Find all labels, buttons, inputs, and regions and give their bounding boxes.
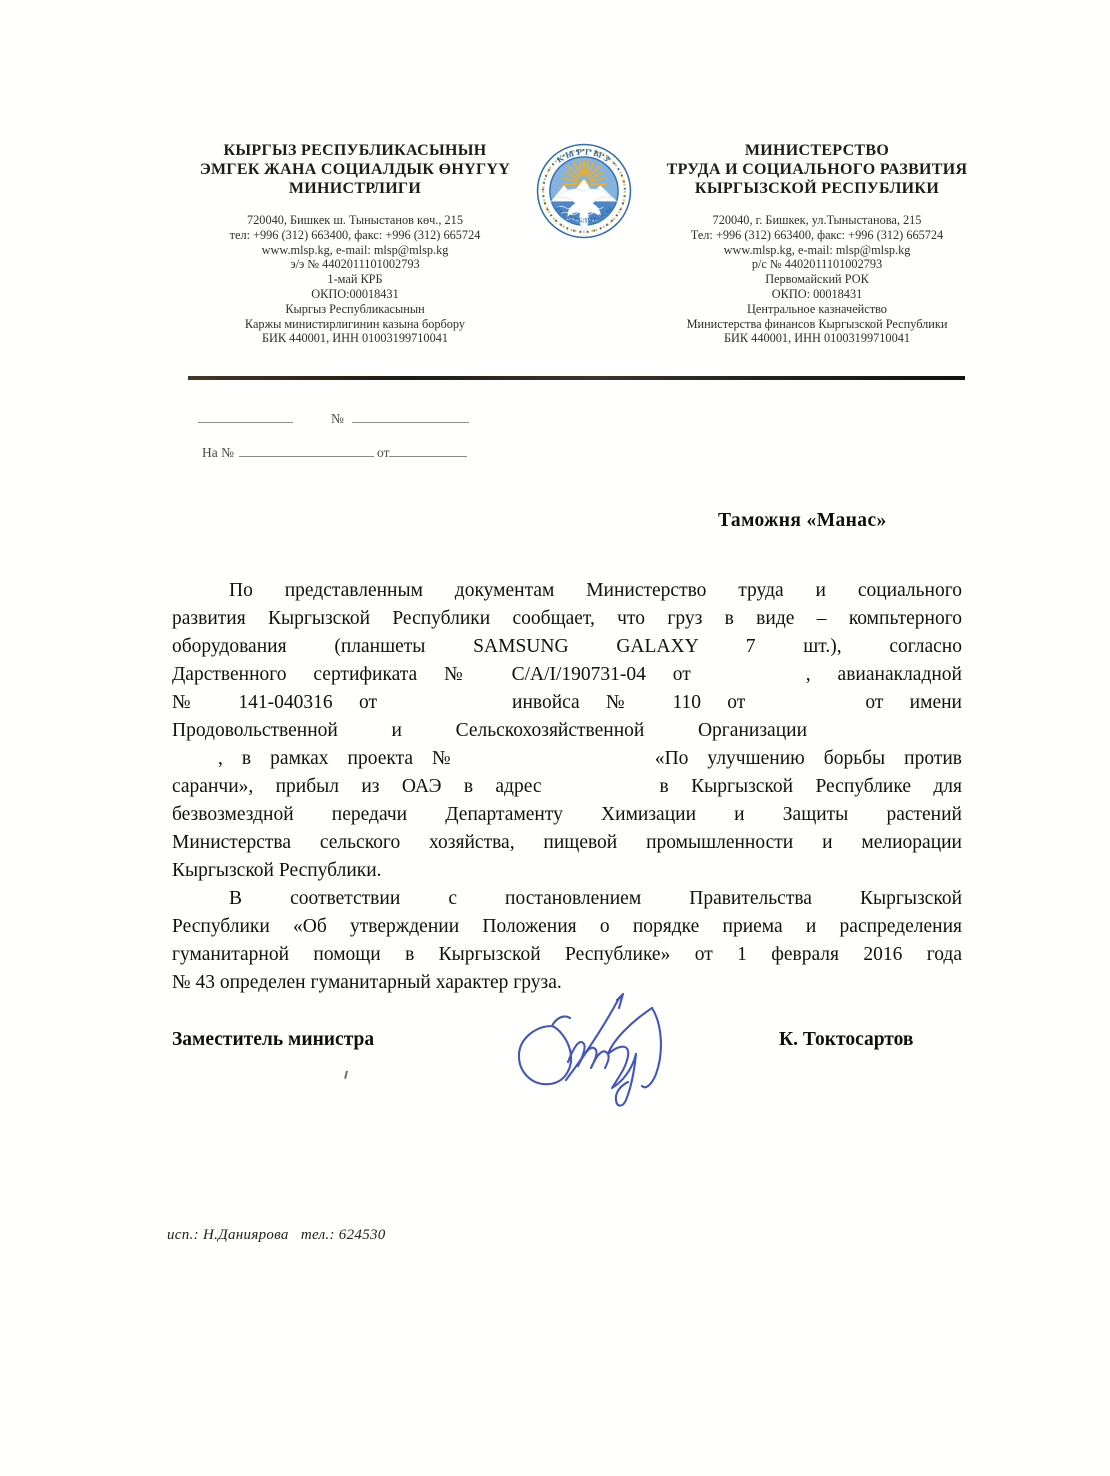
org-detail-line: тел: +996 (312) 663400, факс: +996 (312)… bbox=[175, 228, 535, 243]
blank-space bbox=[691, 679, 806, 680]
ot-label: от bbox=[377, 445, 389, 460]
org-name-line: ЭМГЕК ЖАНА СОЦИАЛДЫК ӨНҮГҮҮ bbox=[175, 160, 535, 179]
body-line: № 141-040316 отинвойса № 110 отот имени bbox=[172, 689, 962, 717]
signer-title: Заместитель министра bbox=[172, 1029, 374, 1051]
number-blank-line bbox=[352, 409, 469, 423]
signature-strokes bbox=[519, 994, 661, 1106]
na-number-blank-line bbox=[239, 443, 374, 457]
letterhead-left: КЫРГЫЗ РЕСПУБЛИКАСЫНЫНЭМГЕК ЖАНА СОЦИАЛД… bbox=[175, 141, 535, 346]
signer-name: К. Токтосартов bbox=[779, 1029, 913, 1051]
body-line: Дарственного сертификата № С/А/I/190731-… bbox=[172, 661, 962, 689]
body-line: Продовольственной и Сельскохозяйственной… bbox=[172, 717, 962, 745]
falcon-head bbox=[581, 193, 587, 199]
blank-space bbox=[542, 791, 660, 792]
number-label: № bbox=[331, 411, 344, 426]
blank-space bbox=[465, 763, 655, 764]
org-detail-line: Министерства финансов Кыргызской Республ… bbox=[637, 317, 997, 332]
scan-speck bbox=[344, 1071, 350, 1080]
org-detail-line: 720040, г. Бишкек, ул.Тыныстанова, 215 bbox=[637, 213, 997, 228]
body-line: Министерства сельского хозяйства, пищево… bbox=[172, 829, 962, 857]
date-blank-line bbox=[198, 409, 293, 423]
blank-space bbox=[172, 763, 218, 764]
body-line: оборудования (планшеты SAMSUNG GALAXY 7 … bbox=[172, 633, 962, 661]
incoming-ref-line: На №от bbox=[202, 443, 467, 461]
letterhead-right: МИНИСТЕРСТВОТРУДА И СОЦИАЛЬНОГО РАЗВИТИЯ… bbox=[637, 141, 997, 346]
org-details-kyrgyz: 720040, Бишкек ш. Тыныстанов көч., 215те… bbox=[175, 213, 535, 346]
kyrgyz-state-emblem-icon: КЫРГЫЗ РЕСПУБЛИКАСЫ bbox=[536, 143, 632, 239]
na-number-label: На № bbox=[202, 445, 234, 460]
org-name-line: МИНИСТЕРСТВО bbox=[637, 141, 997, 160]
body-line: гуманитарной помощи в Кыргызской Республ… bbox=[172, 941, 962, 969]
body-line: По представленным документам Министерств… bbox=[172, 577, 962, 605]
org-detail-line: Каржы министирлигинин казына борбору bbox=[175, 317, 535, 332]
org-detail-line: www.mlsp.kg, e-mail: mlsp@mlsp.kg bbox=[637, 243, 997, 258]
org-name-line: ТРУДА И СОЦИАЛЬНОГО РАЗВИТИЯ bbox=[637, 160, 997, 179]
org-detail-line: www.mlsp.kg, e-mail: mlsp@mlsp.kg bbox=[175, 243, 535, 258]
body-line: Республики «Об утверждении Положения о п… bbox=[172, 913, 962, 941]
org-detail-line: р/с № 4402011101002793 bbox=[637, 257, 997, 272]
org-name-line: КЫРГЫЗ РЕСПУБЛИКАСЫНЫН bbox=[175, 141, 535, 160]
org-detail-line: э/э № 4402011101002793 bbox=[175, 257, 535, 272]
org-name-line: КЫРГЫЗСКОЙ РЕСПУБЛИКИ bbox=[637, 179, 997, 198]
letterhead-divider bbox=[188, 376, 965, 380]
org-name-russian: МИНИСТЕРСТВОТРУДА И СОЦИАЛЬНОГО РАЗВИТИЯ… bbox=[637, 141, 997, 198]
blank-space bbox=[745, 707, 865, 708]
org-details-russian: 720040, г. Бишкек, ул.Тыныстанова, 215Те… bbox=[637, 213, 997, 346]
ot-blank-line bbox=[389, 443, 467, 457]
org-detail-line: БИК 440001, ИНН 01003199710041 bbox=[637, 331, 997, 346]
body-line: , в рамках проекта №«По улучшению борьбы… bbox=[172, 745, 962, 773]
body-line: саранчи», прибыл из ОАЭ в адресв Кыргызс… bbox=[172, 773, 962, 801]
body-text: По представленным документам Министерств… bbox=[172, 577, 962, 997]
org-detail-line: ОКПО: 00018431 bbox=[637, 287, 997, 302]
blank-space bbox=[172, 595, 229, 596]
org-detail-line: Первомайский РОК bbox=[637, 272, 997, 287]
org-detail-line: 720040, Бишкек ш. Тыныстанов көч., 215 bbox=[175, 213, 535, 228]
addressee: Таможня «Манас» bbox=[718, 510, 887, 532]
org-detail-line: ОКПО:00018431 bbox=[175, 287, 535, 302]
org-name-line: МИНИСТРЛИГИ bbox=[175, 179, 535, 198]
org-name-kyrgyz: КЫРГЫЗ РЕСПУБЛИКАСЫНЫНЭМГЕК ЖАНА СОЦИАЛД… bbox=[175, 141, 535, 198]
org-detail-line: БИК 440001, ИНН 01003199710041 bbox=[175, 331, 535, 346]
blank-space bbox=[807, 735, 962, 736]
handwritten-signature bbox=[506, 990, 696, 1122]
executor-note: исп.: Н.Даниярова тел.: 624530 bbox=[167, 1227, 386, 1244]
outgoing-ref-line: № bbox=[198, 409, 469, 427]
blank-space bbox=[377, 707, 512, 708]
org-detail-line: Центральное казначейство bbox=[637, 302, 997, 317]
org-detail-line: Кыргыз Республикасынын bbox=[175, 302, 535, 317]
body-line: В соответствии с постановлением Правител… bbox=[172, 885, 962, 913]
org-detail-line: 1-май КРБ bbox=[175, 272, 535, 287]
scanned-letter-page: КЫРГЫЗ РЕСПУБЛИКАСЫНЫНЭМГЕК ЖАНА СОЦИАЛД… bbox=[0, 0, 1110, 1476]
blank-space bbox=[172, 903, 229, 904]
body-line: безвозмездной передачи Департаменту Хими… bbox=[172, 801, 962, 829]
body-line: Кыргызской Республики. bbox=[172, 857, 962, 885]
body-line: развития Кыргызской Республики сообщает,… bbox=[172, 605, 962, 633]
org-detail-line: Тел: +996 (312) 663400, факс: +996 (312)… bbox=[637, 228, 997, 243]
